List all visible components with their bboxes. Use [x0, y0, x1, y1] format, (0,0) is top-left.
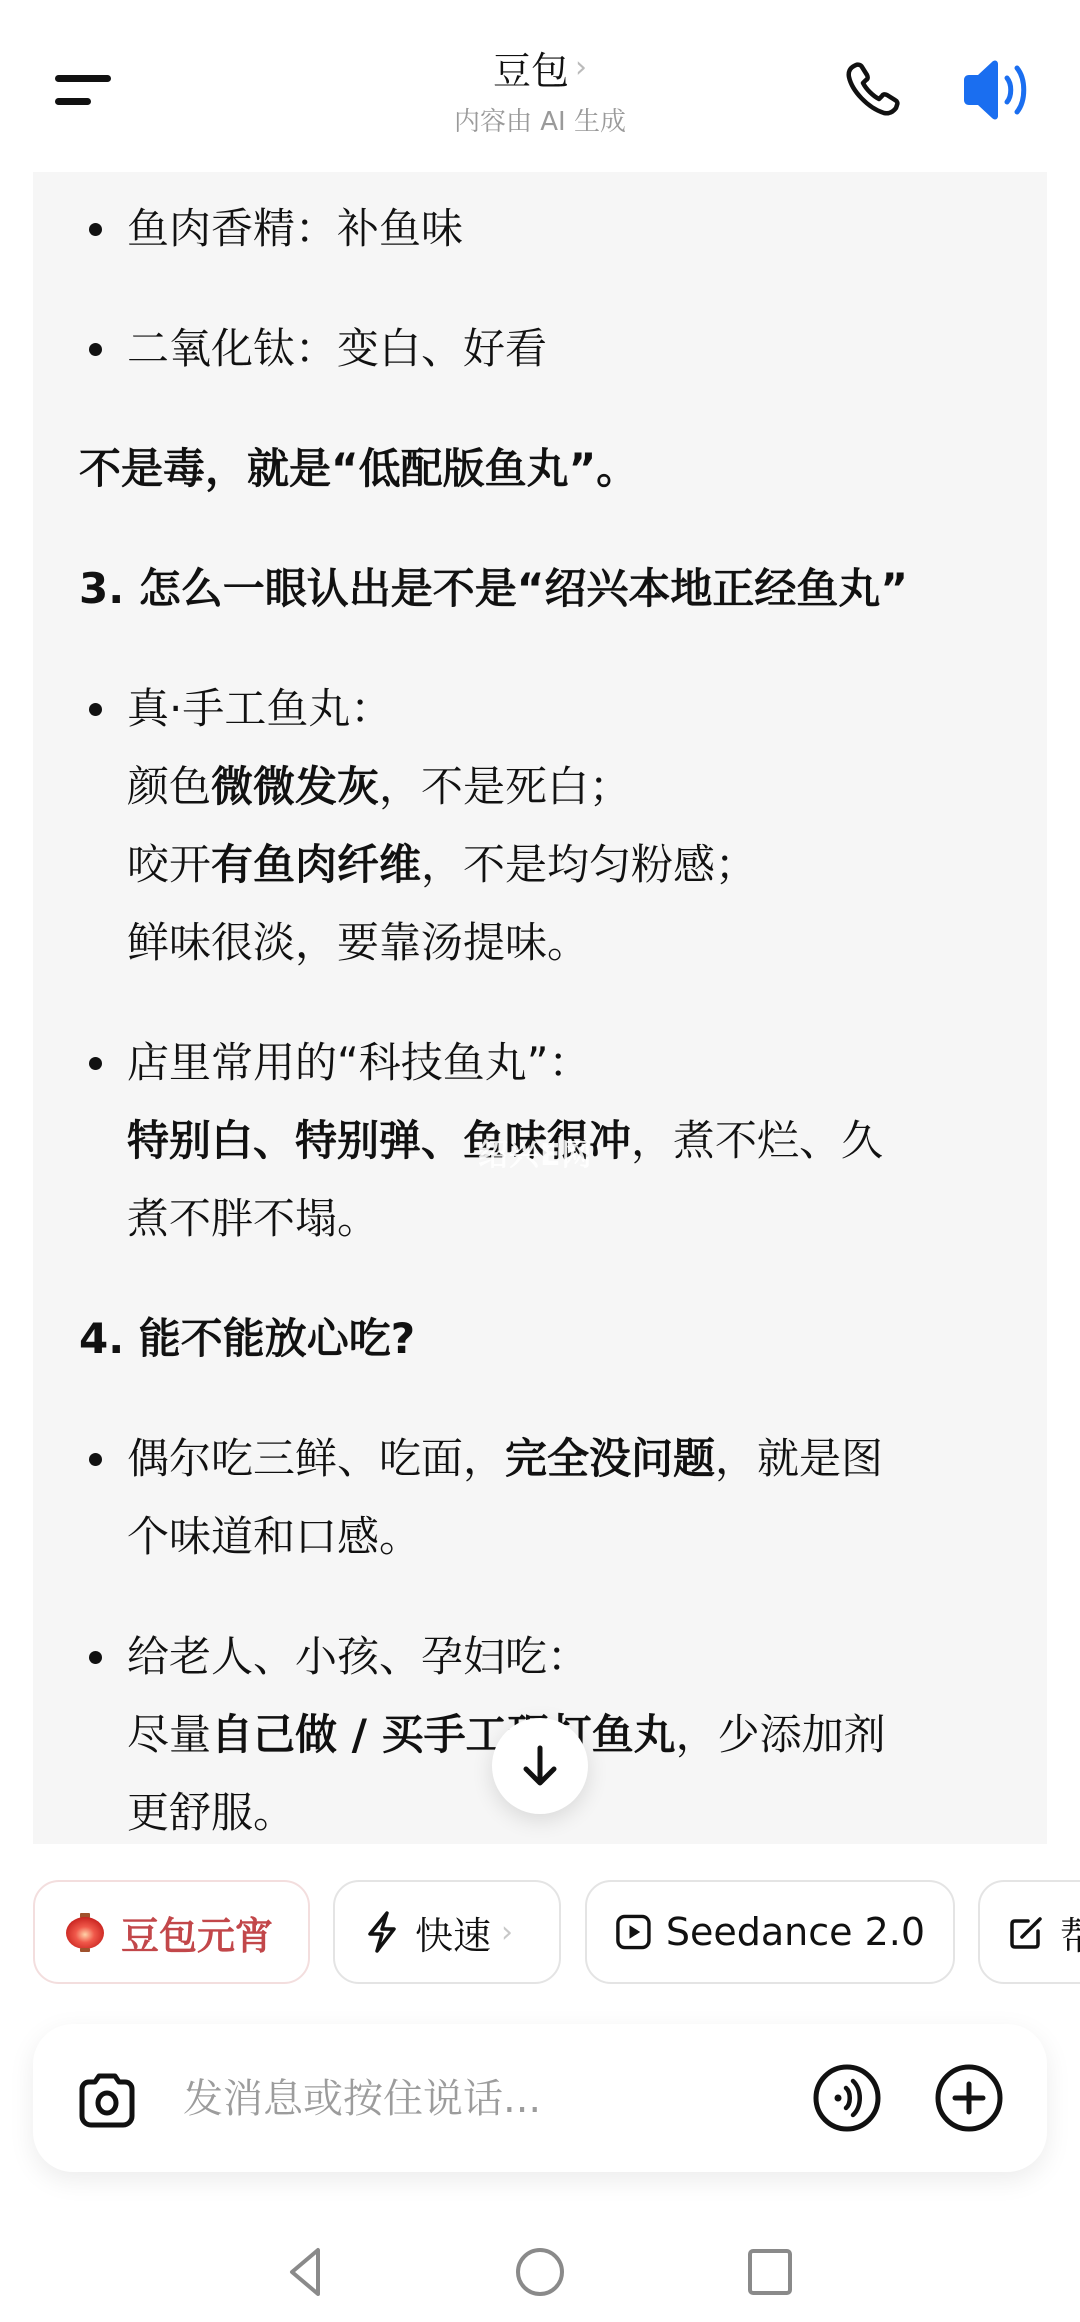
message-body: 鱼肉香精：补鱼味 二氧化钛：变白、好看 不是毒，就是“低配版鱼丸”。 3. 怎么… — [79, 190, 1007, 1844]
list-line: 偶尔吃三鲜、吃面，完全没问题，就是图 — [127, 1420, 1007, 1498]
scroll-to-bottom-button[interactable] — [492, 1718, 588, 1814]
list-item: 真·手工鱼丸： 颜色微微发灰，不是死白； 咬开有鱼肉纤维，不是均匀粉感； 鲜味很… — [79, 670, 1007, 982]
recents-button[interactable] — [740, 2242, 800, 2302]
back-icon — [278, 2242, 338, 2302]
edit-icon — [1008, 1913, 1046, 1951]
ai-response-message: 鱼肉香精：补鱼味 二氧化钛：变白、好看 不是毒，就是“低配版鱼丸”。 3. 怎么… — [33, 172, 1047, 1844]
recents-icon — [740, 2242, 800, 2302]
list-line: 颜色微微发灰，不是死白； — [127, 748, 1007, 826]
list-line: 煮不胖不塌。 — [127, 1180, 1007, 1258]
home-icon — [510, 2242, 570, 2302]
summary-line: 不是毒，就是“低配版鱼丸”。 — [79, 430, 1007, 508]
list-line: 咬开有鱼肉纤维，不是均匀粉感； — [127, 826, 1007, 904]
phone-icon — [840, 58, 904, 122]
arrow-down-icon — [520, 1744, 560, 1788]
chip-seedance[interactable]: Seedance 2.0 — [585, 1880, 955, 1984]
more-options-button[interactable] — [933, 2062, 1005, 2134]
list-item-text: 二氧化钛：变白、好看 — [127, 324, 547, 373]
chip-writing[interactable]: 帮 — [978, 1880, 1080, 1984]
chevron-right-icon: › — [575, 50, 587, 85]
menu-button[interactable] — [50, 58, 120, 118]
list-item: 偶尔吃三鲜、吃面，完全没问题，就是图 个味道和口感。 — [79, 1420, 1007, 1576]
chip-fast-mode[interactable]: 快速 › — [333, 1880, 561, 1984]
chip-label: Seedance 2.0 — [666, 1910, 925, 1954]
plus-icon — [933, 2062, 1005, 2134]
lantern-icon — [63, 1910, 107, 1954]
voice-call-button[interactable] — [811, 2062, 883, 2134]
section-heading: 4. 能不能放心吃? — [79, 1300, 1007, 1378]
watermark: 绍兴E网 — [478, 1130, 593, 1174]
message-composer — [33, 2024, 1047, 2172]
system-navigation-bar — [0, 2210, 1080, 2322]
list-line: 给老人、小孩、孕妇吃： — [127, 1618, 1007, 1696]
ai-disclaimer: 内容由 AI 生成 — [340, 101, 740, 138]
read-aloud-button[interactable] — [958, 54, 1034, 126]
chip-doubao-yuanxiao[interactable]: 豆包元宵 — [33, 1880, 310, 1984]
camera-button[interactable] — [75, 2068, 139, 2132]
chip-label: 豆包元宵 — [121, 1905, 273, 1960]
back-button[interactable] — [278, 2242, 338, 2302]
list-item-text: 鱼肉香精：补鱼味 — [127, 204, 463, 253]
phone-call-button[interactable] — [840, 58, 904, 122]
top-bar: 豆包 › 内容由 AI 生成 — [0, 0, 1080, 172]
chip-label: 快速 — [415, 1905, 491, 1960]
lightning-icon — [363, 1910, 401, 1954]
list-item: 鱼肉香精：补鱼味 — [79, 190, 1007, 268]
play-square-icon — [615, 1913, 652, 1951]
chat-title-area[interactable]: 豆包 › 内容由 AI 生成 — [340, 40, 740, 138]
list-line: 鲜味很淡，要靠汤提味。 — [127, 904, 1007, 982]
section-heading: 3. 怎么一眼认出是不是“绍兴本地正经鱼丸” — [79, 550, 1007, 628]
list-item: 二氧化钛：变白、好看 — [79, 310, 1007, 388]
chat-title: 豆包 — [493, 40, 569, 95]
camera-icon — [75, 2068, 139, 2132]
message-input[interactable] — [183, 2064, 803, 2134]
list-line: 店里常用的“科技鱼丸”： — [127, 1024, 1007, 1102]
quick-action-chips: 豆包元宵 快速 › Seedance 2.0 帮 — [0, 1880, 1080, 1986]
voice-call-icon — [811, 2062, 883, 2134]
chevron-right-icon: › — [501, 1915, 513, 1950]
chip-label: 帮 — [1060, 1905, 1080, 1960]
speaker-icon — [958, 54, 1034, 126]
list-line: 个味道和口感。 — [127, 1498, 1007, 1576]
list-line: 真·手工鱼丸： — [127, 670, 1007, 748]
home-button[interactable] — [510, 2242, 570, 2302]
